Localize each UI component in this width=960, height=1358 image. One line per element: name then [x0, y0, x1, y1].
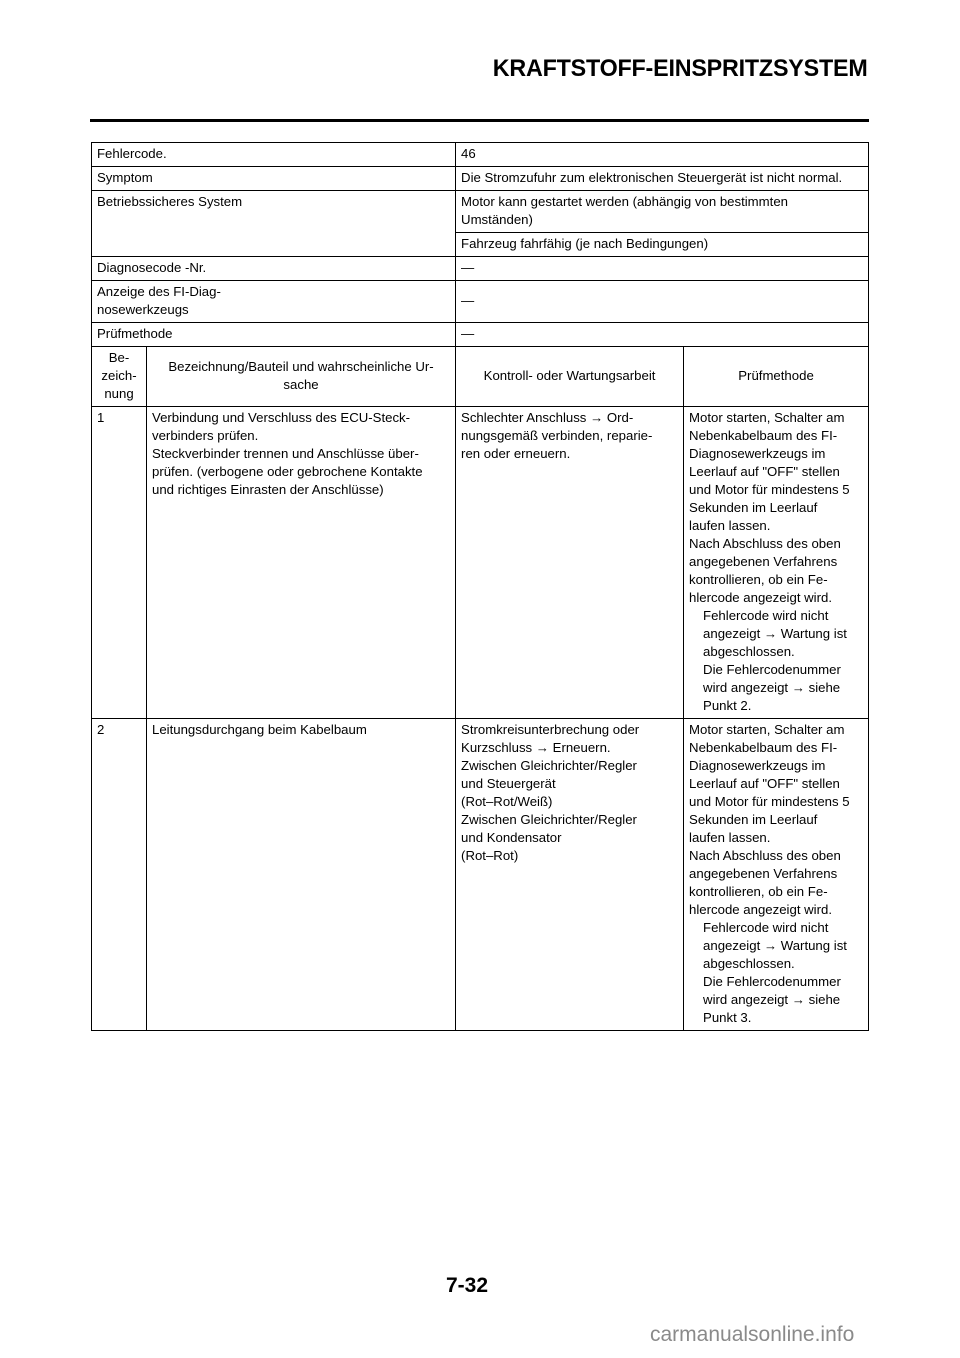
- info-value: Die Stromzufuhr zum elektronischen Steue…: [456, 167, 869, 191]
- column-header: Kontroll- oder Wartungsarbeit: [456, 347, 684, 407]
- watermark: carmanualsonline.info: [650, 1323, 854, 1347]
- step-result-fail: Die Fehlercodenummer wird angezeigt → si…: [689, 661, 863, 715]
- info-value: 46: [456, 143, 869, 167]
- info-row: Prüfmethode —: [92, 323, 869, 347]
- info-label: Betriebssicheres System: [92, 191, 456, 257]
- step-result-ok: Fehlercode wird nicht angezeigt → Wartun…: [689, 607, 863, 661]
- column-header-row: Be- zeich- nung Bezeichnung/Bauteil und …: [92, 347, 869, 407]
- step-action: Schlechter Anschluss → Ord- nungsgemäß v…: [456, 407, 684, 719]
- info-label: Symptom: [92, 167, 456, 191]
- step-method-cell: Motor starten, Schalter am Nebenkabelbau…: [684, 719, 869, 1031]
- info-value: Motor kann gestartet werden (abhängig vo…: [456, 191, 869, 233]
- info-row: Anzeige des FI-Diag- nosewerkzeugs —: [92, 281, 869, 323]
- step-result-ok: Fehlercode wird nicht angezeigt → Wartun…: [689, 919, 863, 973]
- info-label: Anzeige des FI-Diag- nosewerkzeugs: [92, 281, 456, 323]
- step-method: Motor starten, Schalter am Nebenkabelbau…: [689, 721, 863, 919]
- info-label: Prüfmethode: [92, 323, 456, 347]
- info-value: —: [456, 281, 869, 323]
- step-method-cell: Motor starten, Schalter am Nebenkabelbau…: [684, 407, 869, 719]
- step-number: 2: [92, 719, 147, 1031]
- step-number: 1: [92, 407, 147, 719]
- step-method: Motor starten, Schalter am Nebenkabelbau…: [689, 409, 863, 607]
- step-action: Stromkreisunterbrechung oder Kurzschluss…: [456, 719, 684, 1031]
- info-label: Fehlercode.: [92, 143, 456, 167]
- table-row: 2 Leitungsdurchgang beim Kabelbaum Strom…: [92, 719, 869, 1031]
- column-header: Prüfmethode: [684, 347, 869, 407]
- info-row: Betriebssicheres System Motor kann gesta…: [92, 191, 869, 233]
- page-title: KRAFTSTOFF-EINSPRITZSYSTEM: [493, 55, 868, 83]
- info-value: Fahrzeug fahrfähig (je nach Bedingungen): [456, 233, 869, 257]
- info-value: —: [456, 323, 869, 347]
- info-row: Fehlercode. 46: [92, 143, 869, 167]
- diagnosis-table: Fehlercode. 46 Symptom Die Stromzufuhr z…: [91, 142, 869, 1031]
- column-header: Be- zeich- nung: [92, 347, 147, 407]
- step-result-fail: Die Fehlercodenummer wird angezeigt → si…: [689, 973, 863, 1027]
- info-row: Diagnosecode -Nr. —: [92, 257, 869, 281]
- info-row: Symptom Die Stromzufuhr zum elektronisch…: [92, 167, 869, 191]
- step-cause: Leitungsdurchgang beim Kabelbaum: [147, 719, 456, 1031]
- column-header: Bezeichnung/Bauteil und wahrscheinliche …: [147, 347, 456, 407]
- info-value: —: [456, 257, 869, 281]
- header-rule: [90, 119, 869, 122]
- table-row: 1 Verbindung und Verschluss des ECU-Stec…: [92, 407, 869, 719]
- step-cause: Verbindung und Verschluss des ECU-Steck-…: [147, 407, 456, 719]
- info-label: Diagnosecode -Nr.: [92, 257, 456, 281]
- page-number: 7-32: [446, 1274, 488, 1298]
